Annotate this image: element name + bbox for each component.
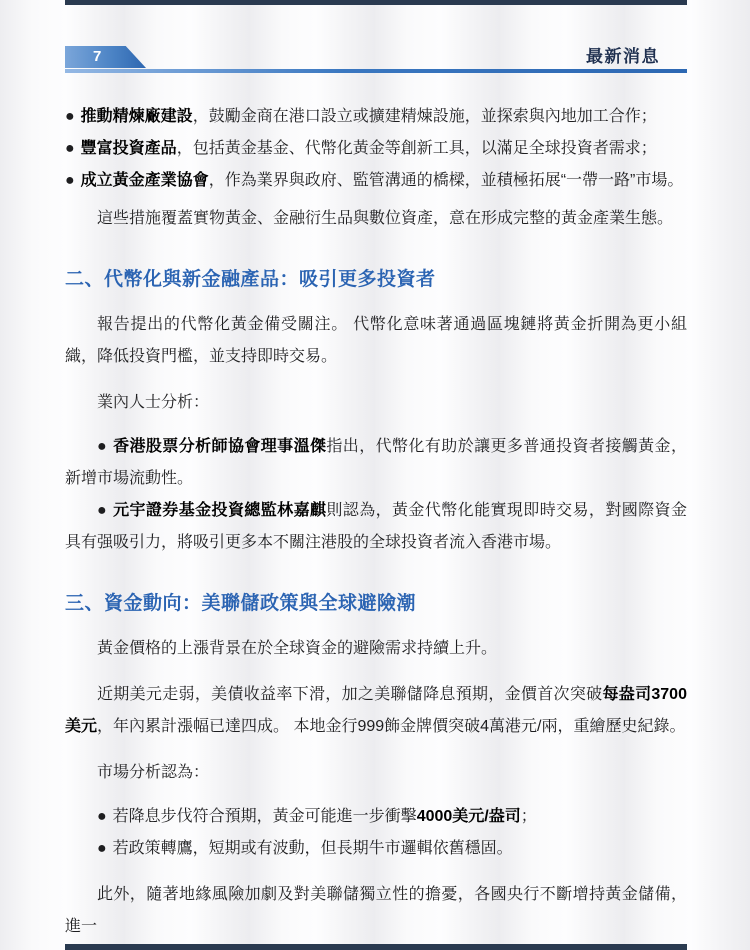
policy-bullet-3-text: ，作為業界與政府、監管溝通的橋樑，並積極拓展“一帶一路”市場。 — [209, 172, 684, 189]
outlook-1-bold: 4000美元/盎司 — [417, 808, 521, 825]
price-detail-post: ，年內累計漲幅已達四成。 本地金行999飾金牌價突破4萬港元/兩，重繪歷史紀錄。 — [97, 718, 686, 735]
outlook-2-text: 若政策轉鷹，短期或有波動，但長期牛市邏輯依舊穩固。 — [113, 840, 513, 857]
page-bottom-edge-bar — [65, 944, 687, 950]
section-3-heading: 三、資金動向：美聯儲政策與全球避險潮 — [65, 589, 687, 619]
bullet-icon: ● — [97, 502, 107, 519]
policy-bullet-1-bold: 推動精煉廠建設 — [81, 108, 193, 125]
bullet-icon: ● — [65, 140, 75, 157]
analyst-quote-2: ●元宇證券基金投資總監林嘉麒則認為，黃金代幣化能實現即時交易，對國際資金具有强吸… — [65, 495, 687, 559]
price-background-paragraph: 黃金價格的上漲背景在於全球資金的避險需求持續上升。 — [65, 633, 687, 665]
page-number-badge: 7 — [65, 46, 146, 68]
market-analysis-intro: 市場分析認為： — [65, 757, 687, 789]
policy-bullet-3-bold: 成立黃金產業協會 — [81, 172, 209, 189]
bullet-icon: ● — [65, 108, 75, 125]
policy-bullet-1: ●推動精煉廠建設，鼓勵金商在港口設立或擴建精煉設施，並探索與內地加工合作； — [65, 101, 687, 133]
policy-bullet-3: ●成立黃金產業協會，作為業界與政府、監管溝通的橋樑，並積極拓展“一帶一路”市場。 — [65, 165, 687, 197]
policy-bullet-2-bold: 豐富投資產品 — [81, 140, 177, 157]
price-detail-pre: 近期美元走弱，美債收益率下滑，加之美聯儲降息預期，金價首次突破 — [97, 686, 602, 703]
article-content: ●推動精煉廠建設，鼓勵金商在港口設立或擴建精煉設施，並探索與內地加工合作； ●豐… — [65, 101, 687, 943]
outlook-bullet-1: ●若降息步伐符合預期，黃金可能進一步衝擊4000美元/盎司； — [65, 801, 687, 833]
page-header: 7 最新消息 — [65, 45, 687, 69]
header-section-label: 最新消息 — [586, 46, 660, 68]
policy-bullet-1-text: ，鼓勵金商在港口設立或擴建精煉設施，並探索與內地加工合作； — [193, 108, 657, 125]
analyst-2-name: 元宇證券基金投資總監林嘉麒 — [113, 502, 326, 519]
price-detail-paragraph: 近期美元走弱，美債收益率下滑，加之美聯儲降息預期，金價首次突破每盎司3700美元… — [65, 679, 687, 743]
bullet-icon: ● — [65, 172, 75, 189]
tokenization-paragraph: 報告提出的代幣化黃金備受關注。 代幣化意味著通過區塊鏈將黃金折開為更小組織，降低… — [65, 309, 687, 373]
newsletter-page: 7 最新消息 ●推動精煉廠建設，鼓勵金商在港口設立或擴建精煉設施，並探索與內地加… — [0, 0, 750, 950]
outlook-1-post: ； — [521, 808, 537, 825]
bullet-icon: ● — [97, 840, 107, 857]
page-top-edge-bar — [65, 0, 687, 5]
outlook-bullet-2: ●若政策轉鷹，短期或有波動，但長期牛市邏輯依舊穩固。 — [65, 833, 687, 865]
policy-bullet-2-text: ，包括黃金基金、代幣化黃金等創新工具，以滿足全球投資者需求； — [177, 140, 657, 157]
final-paragraph: 此外，隨著地緣風險加劇及對美聯儲獨立性的擔憂，各國央行不斷增持黃金儲備，進一 — [65, 879, 687, 943]
analysts-intro: 業內人士分析： — [65, 387, 687, 419]
page-number: 7 — [65, 46, 101, 68]
header-rule — [65, 69, 687, 73]
bullet-icon: ● — [97, 808, 107, 825]
bullet-icon: ● — [97, 438, 107, 455]
analyst-quote-1: ●香港股票分析師協會理事溫傑指出，代幣化有助於讓更多普通投資者接觸黃金，新增市場… — [65, 431, 687, 495]
policy-bullet-2: ●豐富投資產品，包括黃金基金、代幣化黃金等創新工具，以滿足全球投資者需求； — [65, 133, 687, 165]
analyst-1-name: 香港股票分析師協會理事溫傑 — [113, 438, 326, 455]
section-2-heading: 二、代幣化與新金融產品：吸引更多投資者 — [65, 265, 687, 295]
summary-paragraph: 這些措施覆蓋實物黃金、金融衍生品與數位資產，意在形成完整的黃金產業生態。 — [65, 203, 687, 235]
outlook-1-pre: 若降息步伐符合預期，黃金可能進一步衝擊 — [113, 808, 417, 825]
